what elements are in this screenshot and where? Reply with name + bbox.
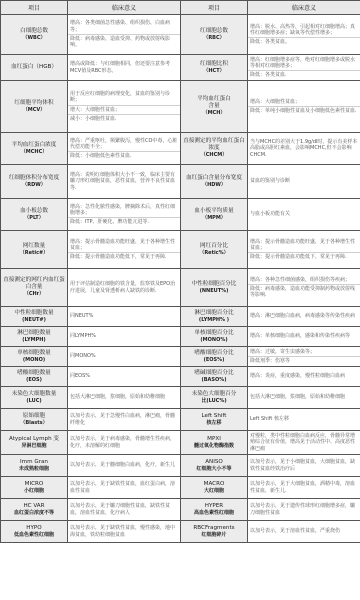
item-name-cell: HYPO低血色素性红细胞 [1,521,68,543]
clinical-meaning-text: 增高：大细胞性贫血； [248,98,360,107]
clinical-meaning-text: 以加号表示，见于大细胞贫血，酒精中毒，溶血性贫血，新生儿. [248,480,360,495]
clinical-meaning-cell: 增高：大细胞性贫血；降低：单纯小细胞性贫血及小细胞低色素性贫血. [248,81,360,133]
item-code: (BASO%) [182,377,246,384]
item-code: （Retic#） [2,250,66,257]
item-name: 嗜碱细胞百分比 [182,370,246,377]
item-name-cont: 含量 [182,103,246,110]
item-name-cell: 血小板平均质量（MPM） [181,199,248,231]
clinical-meaning-text: 降低：小细胞低色素性贫血. [68,152,180,160]
item-name-cell: 平均血红蛋白含量（MCH） [181,81,248,133]
table-row: Atypical Lymph 变异淋巴细胞以加号表示，见于病毒感染，骨髓增生性疾… [1,431,360,455]
clinical-meaning-text: 降低：病毒感染，造血功能受抑制药物或放射线等影响. [248,285,360,300]
item-name-cell: Imm Gran未成熟粒细胞 [1,455,68,477]
table-row: 淋巴细胞数量(LYMPH)同LYMPH%单核细胞百分比(MONO%)增高：单核细… [1,327,360,347]
item-name: 红细胞总数 [182,28,246,35]
clinical-meaning-text: 增高：淋巴细胞白血病，病毒感染等传染性疾病 [248,312,360,320]
clinical-meaning-text: 增高：炎症，重度感染，慢性粒细胞白血病 [248,372,360,380]
item-name-cell: 网红百分比（Retic%） [181,231,248,269]
item-code: 血红蛋白浓度不等 [2,510,66,517]
clinical-meaning-text: 减小：小细胞性贫血. [68,115,180,123]
item-name: 网红百分比 [182,243,246,250]
item-name: RBCFragments [182,525,246,532]
clinical-meaning-cell: Left Shift 核左移 [248,409,360,431]
clinical-meaning-cell: 增高：严重呕吐，频繁腹泻，慢性CO中毒，心脏代偿功能不全；降低：小细胞低色素性贫… [68,133,181,165]
item-name-cell: 血红蛋白（HGB） [1,55,68,81]
item-name-cell: 嗜酸细胞数量(EOS) [1,367,68,387]
clinical-meaning-text: 增高：红细胞增多症等，绝对红细胞增多或脱水等相对红细胞增多； [248,56,360,72]
item-name: 白细胞总数 [2,28,66,35]
item-name: 直接测定的网红内血红蛋白含量 [2,277,66,291]
clinical-meaning-text: 降低：ITP、肝硬化、脾功能亢进等. [68,218,180,226]
clinical-meaning-cell: 与血小板功能有关 [248,199,360,231]
item-name: 网红数量 [2,243,66,250]
item-name-cell: 中性粒细胞百分比(NNEUT%) [181,269,248,307]
item-name-cell: 嗜碱细胞百分比(BASO%) [181,367,248,387]
item-code: 低血色素性红细胞 [2,532,66,539]
item-name: 未染色大细胞百分 [182,391,246,398]
table-row: 白细胞总数（WBC）增高：各类细菌急性感染、组织损伤、白血病等；降低：病毒感染、… [1,15,360,55]
item-code: (MONO) [2,357,66,364]
clinical-meaning-text: 增高：说明红细胞体积大小不一致，临床主要有镰刀形红细胞贫血，恶性贫血，营养不良性… [68,171,180,192]
clinical-meaning-text: 增高：提示骨髓造血功能旺盛，见于各种增生性贫血； [248,238,360,254]
item-code: （CHr） [2,291,66,298]
item-code: (EOS) [2,377,66,384]
clinical-meaning-cell: 增高：各种急性细菌感染，组织损伤等疾病；降低：病毒感染，造血功能受抑制药物或放射… [248,269,360,307]
header-meaning-right: 临床意义 [248,1,360,15]
cbc-reference-table: 项目 临床意义 项目 临床意义 白细胞总数（WBC）增高：各类细菌急性感染、组织… [0,0,360,543]
item-name-cell: 白细胞总数（WBC） [1,15,68,55]
item-code: 比(LUC%) [182,398,246,405]
item-name: HYPO [2,525,66,532]
item-code: (NNEUT%) [182,288,246,295]
clinical-meaning-text: 以加号表示，见于病毒感染，骨髓增生性疾病，化疗，未溶解的红细胞 [68,435,180,450]
item-name-cell: 淋巴细胞百分比(LYMPH% ) [181,307,248,327]
item-code: 大红细胞 [182,488,246,495]
item-code: （WBC） [2,35,66,42]
clinical-meaning-cell: 增高：淋巴细胞白血病，病毒感染等传染性疾病 [248,307,360,327]
clinical-meaning-cell: 以加号表示，见于小细胞贫血，大细胞贫血，缺铁性贫血经铁治疗后 [248,455,360,477]
item-code: (EOS%) [182,357,246,364]
clinical-meaning-cell: 包括大淋巴细胞，浆细胞，原始和幼稚细胞 [248,387,360,409]
clinical-meaning-cell: 以加号表示，见于镰刀细胞性贫血，缺铁性贫血，溶血性贫血，化疗病人 [68,499,181,521]
item-name-cell: 直接测定的平均血红蛋白浓度（CHCM） [181,133,248,165]
item-code: (MONO%) [182,337,246,344]
item-name-cell: MICRO小红细胞 [1,477,68,499]
clinical-meaning-text: 包括大淋巴细胞，浆细胞，原始和幼稚细胞 [68,393,180,401]
table-row: 红细胞平均体积（MCV）用于反应红细胞的病理变化，贫血的鉴别与诊断；增大：大细胞… [1,81,360,133]
item-name: 红细胞体积分布宽度 [2,175,66,182]
item-code: 红细胞大小不等 [182,466,246,473]
clinical-meaning-text: 同NEUT% [68,312,180,320]
item-name-cell: 血小板总数（PLT） [1,199,68,231]
item-name: Imm Gran [2,459,66,466]
item-name-cell: 平均血红蛋白浓度（MCHC） [1,133,68,165]
clinical-meaning-text: 增高：单核细胞白血病，感染和传染性疾病等 [248,332,360,340]
item-name-cell: MACRO大红细胞 [181,477,248,499]
item-name: 平均血红蛋白 [182,96,246,103]
clinical-meaning-text: 增高：急性化脓性感染，脾摘除术后，真性红细胞增多； [68,203,180,219]
clinical-meaning-text: 增高：各种急性细菌感染，组织损伤等疾病； [248,276,360,285]
table-row: 平均血红蛋白浓度（MCHC）增高：严重呕吐，频繁腹泻，慢性CO中毒，心脏代偿功能… [1,133,360,165]
clinical-meaning-text: 以加号表示，见于急慢性白血病，淋巴瘤，骨髓纤维化 [68,412,180,427]
clinical-meaning-cell: 以加号表示，见于病毒感染，骨髓增生性疾病，化疗，未溶解的红细胞 [68,431,181,455]
item-name: 嗜酸细胞百分比 [182,350,246,357]
item-code: （HDW） [182,182,246,189]
item-name: 血红蛋白（HGB） [2,64,66,71]
item-name: MPXI [182,436,246,443]
clinical-meaning-cell: 以加号表示，见于缺铁性贫血，血红蛋白病，溶血性贫血 [68,477,181,499]
item-name-cell: 红细胞总数（RBC） [181,15,248,55]
clinical-meaning-text: 降低剂季：伤寒等 [248,357,360,365]
item-code: (LYMPH) [2,337,66,344]
item-name-cell: 淋巴细胞数量(LYMPH) [1,327,68,347]
table-row: 血小板总数（PLT）增高：急性化脓性感染，脾摘除术后，真性红细胞增多；降低：IT… [1,199,360,231]
clinical-meaning-text: 以加号表示，见于遗传性球形红细胞增多症，镰刀细胞性贫血 [248,502,360,517]
clinical-meaning-cell: 用于反应红细胞的病理变化，贫血的鉴别与诊断；增大：大细胞性贫血；减小：小细胞性贫… [68,81,181,133]
table-row: 血红蛋白（HGB）增高或降低：与红细胞相同，但还要注意参考MCV值及RBC形态。… [1,55,360,81]
clinical-meaning-cell: 用于评估制造红细胞的铁含量，监察铁及EPO治疗进展，儿童及肾透析病人缺铁的诊断. [68,269,181,307]
item-name-cell: 红细胞体积分布宽度（RDW） [1,165,68,199]
item-name-cell: 红细胞平均体积（MCV） [1,81,68,133]
item-code: 小红细胞 [2,488,66,495]
item-name: 血小板总数 [2,208,66,215]
table-row: 红细胞体积分布宽度（RDW）增高：说明红细胞体积大小不一致，临床主要有镰刀形红细… [1,165,360,199]
item-name-cell: 血红蛋白含量分布宽度（HDW） [181,165,248,199]
clinical-meaning-text: 降低：各类贫血。 [248,38,360,46]
item-code: （MCH） [182,110,246,117]
clinical-meaning-cell: 包括大淋巴细胞，浆细胞，原始和幼稚细胞 [68,387,181,409]
clinical-meaning-text: 增高：过敏，寄生虫感染等； [248,348,360,357]
clinical-meaning-text: 增高：严重呕吐，频繁腹泻，慢性CO中毒，心脏代偿功能不全； [68,137,180,153]
clinical-meaning-cell: 增高：脱水、高热等，引起相对红细胞增高；真性红细胞增多症；缺氧等代偿性增多；降低… [248,15,360,55]
clinical-meaning-cell: 增高：急性化脓性感染，脾摘除术后，真性红细胞增多；降低：ITP、肝硬化、脾功能亢… [68,199,181,231]
item-name: 未染色大细胞数量 [2,391,66,398]
item-name-cell: 未染色大细胞百分比(LUC%) [181,387,248,409]
clinical-meaning-text: 增高：各类细菌急性感染、组织损伤、白血病等； [68,19,180,35]
item-name-cell: ANISO红细胞大小不等 [181,455,248,477]
clinical-meaning-cell: 增高：过敏，寄生虫感染等；降低剂季：伤寒等 [248,347,360,367]
item-name-cell: 直接测定的网红内血红蛋白含量（CHr） [1,269,68,307]
table-row: HC VAR血红蛋白浓度不等以加号表示，见于镰刀细胞性贫血，缺铁性贫血，溶血性贫… [1,499,360,521]
item-name: 红细胞平均体积 [2,100,66,107]
header-item-right: 项目 [181,1,248,15]
clinical-meaning-text: 贫血的鉴别与诊断 [248,177,360,185]
item-code: （Retic%） [182,250,246,257]
clinical-meaning-cell: 以加号表示，见于大细胞贫血，酒精中毒，溶血性贫血，新生儿. [248,477,360,499]
item-name: HC VAR [2,503,66,510]
item-name-cell: 未染色大细胞数量(LUC) [1,387,68,409]
item-name-cell: 单核细胞数量(MONO) [1,347,68,367]
item-code: 异淋巴细胞 [2,443,66,450]
item-name: 血红蛋白含量分布宽度 [182,175,246,182]
table-row: Imm Gran未成熟粒细胞以加号表示，见于髓细胞白血病，化疗，新生儿ANISO… [1,455,360,477]
item-name-cell: 原始细胞（Blasts） [1,409,68,431]
clinical-meaning-text: 增大：大细胞性贫血； [68,106,180,115]
clinical-meaning-text: 包括大淋巴细胞，浆细胞，原始和幼稚细胞 [248,393,360,401]
item-name: MACRO [182,481,246,488]
table-row: 原始细胞（Blasts）以加号表示，见于急慢性白血病，淋巴瘤，骨髓纤维化Left… [1,409,360,431]
item-name-cell: HYPER高血色素性红细胞 [181,499,248,521]
clinical-meaning-cell: 增高：炎症，重度感染，慢性粒细胞白血病 [248,367,360,387]
item-name: 原始细胞 [2,413,66,420]
clinical-meaning-text: 增高：脱水、高热等，引起相对红细胞增高；真性红细胞增多症；缺氧等代偿性增多； [248,23,360,39]
clinical-meaning-text: 以加号表示，见于髓细胞白血病，化疗，新生儿 [68,461,180,469]
item-name: Left Shift [182,413,246,420]
clinical-meaning-text: 与血小板功能有关 [248,210,360,218]
clinical-meaning-text: 以加号表示，见于镰刀细胞性贫血，缺铁性贫血，溶血性贫血，化疗病人 [68,502,180,517]
clinical-meaning-cell: 以加号表示，见于溶血性贫血，严重烧伤 [248,521,360,543]
item-name: 直接测定的平均血红蛋白浓度 [182,138,246,152]
clinical-meaning-text: 降低：各类贫血. [248,71,360,79]
item-code: （CHCM） [182,152,246,159]
table-row: 未染色大细胞数量(LUC)包括大淋巴细胞，浆细胞，原始和幼稚细胞未染色大细胞百分… [1,387,360,409]
clinical-meaning-text: 用于反应红细胞的病理变化，贫血的鉴别与诊断； [68,90,180,106]
item-code: 核左移 [182,420,246,427]
clinical-meaning-cell: 增高或降低：与红细胞相同，但还要注意参考MCV值及RBC形态。 [68,55,181,81]
item-name-cell: Atypical Lymph 变异淋巴细胞 [1,431,68,455]
item-name: ANISO [182,459,246,466]
item-name: 淋巴细胞百分比 [182,310,246,317]
item-code: （MPM） [182,215,246,222]
table-row: 单核细胞数量(MONO)同MONO%嗜酸细胞百分比(EOS%)增高：过敏，寄生虫… [1,347,360,367]
item-code: （HCT） [182,68,246,75]
clinical-meaning-text: 以加号表示，见于小细胞贫血，大细胞贫血，缺铁性贫血经铁治疗后 [248,458,360,473]
clinical-meaning-cell: 以加号表示，见于缺铁性贫血，慢性感染，地中海贫血，铁幼粒细胞贫血 [68,521,181,543]
item-code: (LUC) [2,398,66,405]
clinical-meaning-text: 增高：提示骨髓造血功能旺盛，见于各种增生性贫血； [68,238,180,254]
item-name-cell: 网红数量（Retic#） [1,231,68,269]
clinical-meaning-cell: 增高：说明红细胞体积大小不一致，临床主要有镰刀形红细胞贫血，恶性贫血，营养不良性… [68,165,181,199]
clinical-meaning-cell: 同LYMPH% [68,327,181,347]
clinical-meaning-text: 同EOS% [68,372,180,380]
clinical-meaning-text: 同LYMPH% [68,332,180,340]
table-row: 网红数量（Retic#）增高：提示骨髓造血功能旺盛，见于各种增生性贫血；降低：提… [1,231,360,269]
item-code: （RBC） [182,35,246,42]
clinical-meaning-cell: 同EOS% [68,367,181,387]
item-code: (LYMPH% ) [182,317,246,324]
clinical-meaning-text: 以加号表示，见于溶血性贫血，严重烧伤 [248,527,360,535]
item-name: Atypical Lymph 变 [2,436,66,443]
item-name-cell: 嗜酸细胞百分比(EOS%) [181,347,248,367]
item-name-cell: HC VAR血红蛋白浓度不等 [1,499,68,521]
item-name: 单核细胞数量 [2,350,66,357]
item-name: HYPER [182,503,246,510]
item-code: （MCHC） [2,149,66,156]
clinical-meaning-text: 当与MCHC的差别大于1.9g/dl时，提示有美样本高脂或高胆红素血，会影响MC… [248,138,360,159]
item-name: MICRO [2,481,66,488]
clinical-meaning-text: Left Shift 核左移 [248,415,360,423]
clinical-meaning-text: 降低：病毒感染、造血受抑、药物或放射线影响。 [68,35,180,50]
item-code: （Blasts） [2,420,66,427]
clinical-meaning-cell: 同MONO% [68,347,181,367]
clinical-meaning-cell: 增高：提示骨髓造血功能旺盛，见于各种增生性贫血；降低：提示骨髓造血功能低下，常见… [248,231,360,269]
table-row: HYPO低血色素性红细胞以加号表示，见于缺铁性贫血，慢性感染，地中海贫血，铁幼粒… [1,521,360,543]
clinical-meaning-text: 降低：提示骨髓造血功能低下，常见于再障. [248,253,360,261]
clinical-meaning-text: 对慢粒，类中性粒细胞白血病反应，骨髓异常增殖综合征有价值，增高见于活动性中、高度… [248,432,360,453]
item-name-cell: 红细胞比积（HCT） [181,55,248,81]
clinical-meaning-text: 以加号表示，见于缺铁性贫血，血红蛋白病，溶血性贫血 [68,480,180,495]
item-code: 红细胞碎片 [182,532,246,539]
item-code: (NEUT#) [2,317,66,324]
item-name: 淋巴细胞数量 [2,330,66,337]
item-name: 红细胞比积 [182,61,246,68]
table-row: 直接测定的网红内血红蛋白含量（CHr）用于评估制造红细胞的铁含量，监察铁及EPO… [1,269,360,307]
clinical-meaning-cell: 以加号表示，见于遗传性球形红细胞增多症，镰刀细胞性贫血 [248,499,360,521]
table-row: MICRO小红细胞以加号表示，见于缺铁性贫血，血红蛋白病，溶血性贫血MACRO大… [1,477,360,499]
clinical-meaning-text: 以加号表示，见于缺铁性贫血，慢性感染，地中海贫血，铁幼粒细胞贫血 [68,524,180,539]
item-code: （PLT） [2,215,66,222]
item-name-cell: MPXI髓过氧化物酶指数 [181,431,248,455]
item-code: 高血色素性红细胞 [182,510,246,517]
clinical-meaning-text: 降低：单纯小细胞性贫血及小细胞低色素性贫血. [248,107,360,115]
clinical-meaning-cell: 贫血的鉴别与诊断 [248,165,360,199]
clinical-meaning-cell: 对慢粒，类中性粒细胞白血病反应，骨髓异常增殖综合征有价值，增高见于活动性中、高度… [248,431,360,455]
clinical-meaning-cell: 同NEUT% [68,307,181,327]
item-code: （RDW） [2,182,66,189]
clinical-meaning-text: 用于评估制造红细胞的铁含量，监察铁及EPO治疗进展，儿童及肾透析病人缺铁的诊断. [68,280,180,295]
header-meaning-left: 临床意义 [68,1,181,15]
item-code: 髓过氧化物酶指数 [182,443,246,450]
clinical-meaning-cell: 当与MCHC的差别大于1.9g/dl时，提示有美样本高脂或高胆红素血，会影响MC… [248,133,360,165]
clinical-meaning-cell: 增高：提示骨髓造血功能旺盛，见于各种增生性贫血；降低：提示骨髓造血功能低下，常见… [68,231,181,269]
clinical-meaning-text: 同MONO% [68,352,180,360]
item-name: 中性粒细胞数量 [2,310,66,317]
clinical-meaning-cell: 增高：单核细胞白血病，感染和传染性疾病等 [248,327,360,347]
document-page: 项目 临床意义 项目 临床意义 白细胞总数（WBC）增高：各类细菌急性感染、组织… [0,0,360,600]
item-name-cell: 单核细胞百分比(MONO%) [181,327,248,347]
item-name: 单核细胞百分比 [182,330,246,337]
table-row: 中性粒细胞数量(NEUT#)同NEUT%淋巴细胞百分比(LYMPH% )增高：淋… [1,307,360,327]
item-code: 未成熟粒细胞 [2,466,66,473]
item-code: （MCV） [2,107,66,114]
item-name-cell: 中性粒细胞数量(NEUT#) [1,307,68,327]
clinical-meaning-cell: 增高：各类细菌急性感染、组织损伤、白血病等；降低：病毒感染、造血受抑、药物或放射… [68,15,181,55]
table-row: 嗜酸细胞数量(EOS)同EOS%嗜碱细胞百分比(BASO%)增高：炎症，重度感染… [1,367,360,387]
item-name-cell: Left Shift核左移 [181,409,248,431]
item-name-cell: RBCFragments红细胞碎片 [181,521,248,543]
clinical-meaning-cell: 以加号表示，见于急慢性白血病，淋巴瘤，骨髓纤维化 [68,409,181,431]
clinical-meaning-text: 增高或降低：与红细胞相同，但还要注意参考MCV值及RBC形态。 [68,60,180,75]
item-name: 中性粒细胞百分比 [182,281,246,288]
item-name: 嗜酸细胞数量 [2,370,66,377]
clinical-meaning-text: 降低：提示骨髓造血功能低下，常见于再障. [68,253,180,261]
clinical-meaning-cell: 以加号表示，见于髓细胞白血病，化疗，新生儿 [68,455,181,477]
header-item-left: 项目 [1,1,68,15]
item-name: 血小板平均质量 [182,208,246,215]
item-name: 平均血红蛋白浓度 [2,142,66,149]
clinical-meaning-cell: 增高：红细胞增多症等，绝对红细胞增多或脱水等相对红细胞增多；降低：各类贫血. [248,55,360,81]
table-header-row: 项目 临床意义 项目 临床意义 [1,1,360,15]
table-body: 白细胞总数（WBC）增高：各类细菌急性感染、组织损伤、白血病等；降低：病毒感染、… [1,15,360,543]
